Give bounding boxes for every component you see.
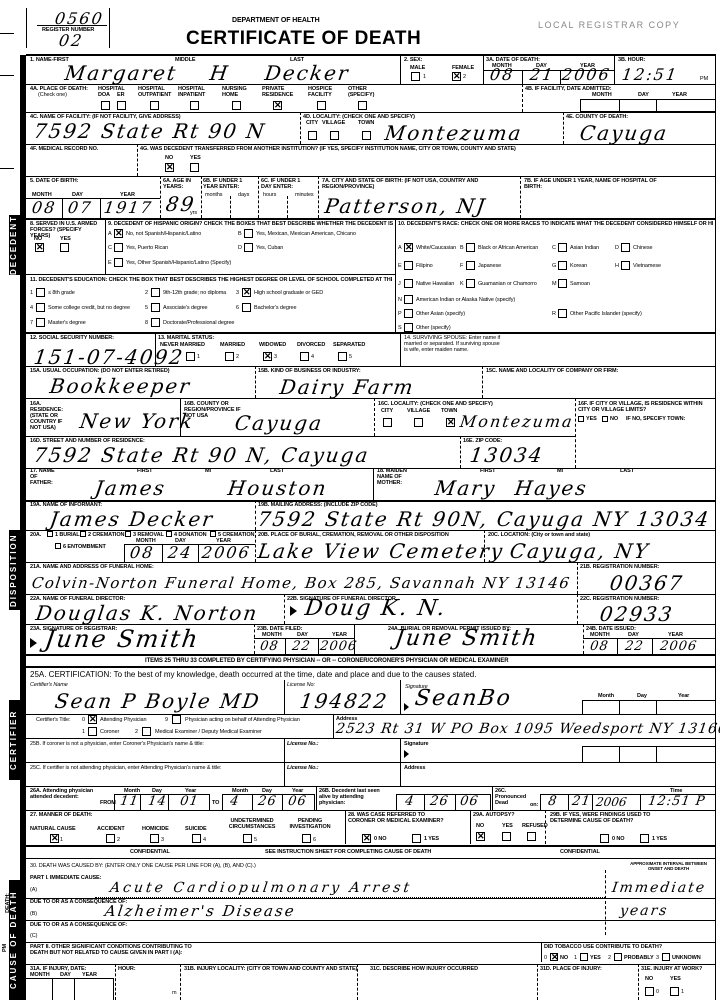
facility-name: 7592 State Rt 90 N — [32, 120, 267, 142]
hispanic-a-checkbox[interactable] — [114, 229, 123, 238]
sex-male-checkbox[interactable] — [411, 72, 420, 81]
death-hour: 12:51 — [621, 66, 680, 84]
injury-locality-label: 31B. INJURY LOCALITY: (City or town and … — [184, 966, 357, 972]
armed-forces-yes-checkbox[interactable] — [60, 243, 69, 252]
date-issued-month: 08 — [589, 640, 610, 654]
locality-village-checkbox[interactable] — [330, 131, 339, 140]
name-last: Decker — [263, 62, 351, 84]
department-label: DEPARTMENT OF HEALTH — [232, 18, 320, 24]
manner-pending-checkbox[interactable] — [302, 834, 311, 843]
disposition-place-label: 20B. PLACE OF BURIAL, CREMATION, REMOVAL… — [258, 532, 449, 538]
margin-mark — [0, 75, 14, 76]
certifier-name: Sean P Boyle MD — [53, 690, 262, 712]
side-label-disposition: DISPOSITION — [9, 530, 26, 610]
education-4-checkbox[interactable] — [36, 303, 45, 312]
locality-town-checkbox[interactable] — [362, 131, 371, 140]
occupation: Bookkeeper — [48, 375, 192, 397]
race-d-checkbox[interactable] — [621, 243, 630, 252]
residence-locality: Montezuma — [459, 413, 575, 431]
part1-label: PART I. IMMEDIATE CAUSE: — [30, 875, 101, 881]
sex-female-checkbox[interactable] — [452, 72, 461, 81]
place-private-residence-checkbox[interactable] — [273, 101, 282, 110]
locality-value: Montezuma — [383, 122, 524, 144]
marital-separated-checkbox[interactable] — [338, 352, 347, 361]
under-1-year-label: 6B. IF UNDER 1 YEAR ENTER: — [203, 178, 253, 190]
under-1-day-label: 6C. IF UNDER 1 DAY ENTER: — [261, 178, 311, 190]
transferred-label: 4G. WAS DECEDENT TRANSFERRED FROM ANOTHE… — [140, 146, 710, 152]
father-label: 17. NAME OF FATHER: — [30, 468, 58, 486]
autopsy-refused-checkbox[interactable] — [527, 832, 536, 841]
hispanic-b-checkbox[interactable] — [244, 229, 253, 238]
race-s-checkbox[interactable] — [404, 323, 413, 332]
tobacco-probably-checkbox[interactable] — [614, 953, 622, 961]
birth-day: 07 — [67, 199, 94, 217]
side-label-certifier: CERTIFIER — [9, 700, 26, 780]
name-first: Margaret — [63, 62, 178, 84]
limits-no-checkbox[interactable] — [602, 416, 608, 422]
mother-last: Hayes — [513, 477, 589, 499]
date-filed-month: 08 — [259, 640, 280, 654]
title-coroner-checkbox[interactable] — [88, 727, 97, 736]
pronounced-day: 21 — [571, 795, 592, 809]
margin-mark — [0, 168, 14, 169]
side-label-cause: CAUSE OF DEATH — [9, 880, 26, 1000]
injury-hour-label: HOUR: — [118, 966, 136, 972]
last-seen-day: 26 — [429, 795, 450, 809]
play-arrow-icon — [404, 703, 409, 711]
ssn-label: 12. SOCIAL SECURITY NUMBER: — [30, 335, 114, 341]
industry: Dairy Farm — [278, 376, 416, 398]
informant-name: James Decker — [48, 508, 215, 530]
date-issued-year: 2006 — [659, 640, 698, 654]
confidential-left: CONFIDENTIAL — [130, 849, 170, 855]
race-e-checkbox[interactable] — [404, 261, 413, 270]
coroner-physician-label: 25B. If coroner is not a physician, ente… — [30, 741, 204, 747]
marital-label: 13. MARITAL STATUS: — [158, 335, 214, 341]
attended-from-month: 11 — [119, 795, 140, 809]
part2-label: PART II. OTHER SIGNIFICANT CONDITIONS CO… — [30, 944, 210, 956]
cause-a: Acute Cardiopulmonary Arrest — [109, 879, 414, 897]
residence-locality-label: 16C. LOCALITY: (Check one and specify) — [378, 401, 493, 407]
death-month: 08 — [489, 66, 516, 84]
race-a-checkbox[interactable] — [404, 243, 413, 252]
manner-label: 27. MANNER OF DEATH: — [30, 812, 92, 818]
disposition-day: 24 — [167, 544, 194, 562]
marital-widowed-checkbox[interactable] — [263, 352, 272, 361]
education-1-checkbox[interactable] — [36, 288, 45, 297]
cause-b-interval: years — [619, 902, 670, 920]
attended-to-year: 06 — [287, 795, 308, 809]
funeral-director-signature: Doug K. N. — [303, 598, 447, 620]
registrar-signature: June Smith — [43, 628, 200, 650]
sex-male-label: MALE — [410, 65, 425, 71]
mother-label: 18. MAIDEN NAME OF MOTHER: — [377, 468, 417, 486]
last-seen-year: 06 — [459, 795, 480, 809]
place-hospice-checkbox[interactable] — [317, 101, 326, 110]
residence-village-checkbox[interactable] — [414, 418, 423, 427]
funeral-home-reg: 00367 — [608, 572, 685, 594]
marital-divorced-checkbox[interactable] — [300, 352, 309, 361]
tobacco-no-checkbox[interactable] — [550, 953, 558, 961]
race-f-checkbox[interactable] — [466, 261, 475, 270]
disposition-place: Lake View Cemetery — [256, 540, 505, 562]
certifier-title-label: Certifier's Title: — [36, 717, 70, 723]
certifier-signature: SeanBo — [413, 688, 513, 710]
birth-month: 08 — [31, 199, 58, 217]
title-attending-checkbox[interactable] — [88, 715, 97, 724]
referred-label: 28. WAS CASE REFERRED TO CORONER OR MEDI… — [348, 812, 453, 824]
race-h-checkbox[interactable] — [621, 261, 630, 270]
certificate-title: CERTIFICATE OF DEATH — [186, 28, 421, 50]
certification-date-field[interactable] — [582, 700, 716, 714]
last-seen-label: 26B. Decedent last seen alive by attendi… — [319, 788, 391, 806]
file-number-box: 0560 REGISTER NUMBER 02 — [26, 8, 110, 48]
date-admitted-field[interactable] — [580, 99, 716, 112]
hospital-of-birth-label: 7B. IF AGE UNDER 1 YEAR, NAME OF HOSPITA… — [524, 178, 674, 190]
last-seen-month: 4 — [404, 795, 415, 809]
due-to-c-label: DUE TO OR AS A CONSEQUENCE OF: — [30, 922, 127, 928]
education-label: 11. DECEDENT'S EDUCATION: Check the box … — [30, 277, 392, 283]
margin-mark — [0, 33, 14, 34]
cause-label: 30. DEATH WAS CAUSED BY: (ENTER ONLY ONE… — [30, 863, 256, 869]
margin-death: DEATH: — [5, 893, 11, 913]
surviving-spouse-label: 14. SURVIVING SPOUSE: Enter name if marr… — [404, 335, 504, 353]
autopsy-yes-checkbox[interactable] — [502, 832, 511, 841]
interval-label: APPROXIMATE INTERVAL BETWEEN ONSET AND D… — [626, 861, 711, 871]
name-label: 1. NAME-FIRST — [30, 57, 69, 63]
sex-label: 2. SEX: — [404, 57, 422, 63]
disposition-year: 2006 — [201, 544, 252, 562]
death-year: 2006 — [561, 66, 612, 84]
tobacco-yes-checkbox[interactable] — [580, 953, 588, 961]
license-label: License No: — [287, 682, 315, 688]
place-nursing-home-checkbox[interactable] — [232, 101, 241, 110]
residence-city-checkbox[interactable] — [383, 418, 392, 427]
pronounced-month: 8 — [547, 795, 558, 809]
funeral-home: Colvin-Norton Funeral Home, Box 285, Sav… — [31, 576, 571, 590]
autopsy-label: 29A. AUTOPSY? — [473, 812, 515, 818]
race-n-checkbox[interactable] — [404, 295, 413, 304]
manner-accident-checkbox[interactable] — [106, 834, 115, 843]
injury-date-field[interactable] — [26, 978, 114, 1000]
education-2-checkbox[interactable] — [151, 288, 160, 297]
zip: 13034 — [468, 444, 545, 466]
birth-label: 5. DATE OF BIRTH: — [30, 178, 78, 184]
register-number: 02 — [58, 32, 85, 50]
education-5-checkbox[interactable] — [151, 303, 160, 312]
county-of-death-label: 4E. COUNTY OF DEATH: — [566, 114, 628, 120]
funeral-home-label: 21A. NAME AND ADDRESS OF FUNERAL HOME: — [30, 564, 154, 570]
attended-from-day: 14 — [147, 795, 168, 809]
place-other-checkbox[interactable] — [358, 101, 367, 110]
play-arrow-icon — [290, 606, 297, 616]
play-arrow-icon — [404, 750, 409, 758]
locality-city-checkbox[interactable] — [308, 131, 317, 140]
father-last: Houston — [226, 477, 329, 499]
birthplace-label: 7A. CITY AND STATE OF BIRTH: (If not USA… — [322, 178, 482, 190]
limits-yes-checkbox[interactable] — [578, 416, 584, 422]
race-p-checkbox[interactable] — [404, 309, 413, 318]
injury-at-work-yes-checkbox[interactable] — [670, 987, 679, 996]
pronounced-year: 2006 — [595, 795, 628, 809]
attended-from-year: 01 — [179, 795, 200, 809]
disposition-location-label: 20C. LOCATION: (City or town and state) — [488, 532, 590, 538]
cause-a-interval: Immediate — [611, 879, 708, 897]
hour-label: 3B. HOUR: — [618, 57, 645, 63]
residence-limits-label: 16F. IF CITY OR VILLAGE, IS RESIDENCE WI… — [578, 401, 708, 413]
injury-at-work-no-checkbox[interactable] — [645, 987, 654, 996]
disposition-location: Cayuga, NY — [508, 540, 651, 562]
tobacco-label: DID TOBACCO USE CONTRIBUTE TO DEATH? — [544, 944, 662, 950]
side-label-decedent: DECEDENT — [9, 215, 26, 275]
certifier-address: 2523 Rt 31 W PO Box 1095 Weedsport NY 13… — [335, 722, 720, 736]
manner-suicide-checkbox[interactable] — [192, 834, 201, 843]
title-acting-checkbox[interactable] — [172, 715, 181, 724]
cause-instructions: SEE INSTRUCTION SHEET FOR COMPLETING CAU… — [265, 849, 431, 855]
race-g-checkbox[interactable] — [558, 261, 567, 270]
industry-label: 15B. KIND OF BUSINESS OR INDUSTRY: — [258, 368, 361, 374]
manner-undetermined-checkbox[interactable] — [243, 834, 252, 843]
race-r-checkbox[interactable] — [558, 309, 567, 318]
place-hospital-doa-checkbox[interactable] — [101, 101, 110, 110]
transferred-no-checkbox[interactable] — [165, 163, 174, 172]
name-middle: H — [208, 62, 231, 84]
manner-homicide-checkbox[interactable] — [150, 834, 159, 843]
attended-label: 26A. Attending physician attended decede… — [30, 788, 100, 800]
education-8-checkbox[interactable] — [151, 318, 160, 327]
place-outpatient-checkbox[interactable] — [150, 101, 159, 110]
funeral-home-reg-label: 21B. REGISTRATION NUMBER: — [580, 564, 659, 570]
medical-record-label: 4F. MEDICAL RECORD NO. — [30, 146, 98, 152]
attended-to-day: 26 — [257, 795, 278, 809]
residence-street: 7592 State Rt 90 N, Cayuga — [32, 444, 371, 466]
race-k-checkbox[interactable] — [466, 279, 475, 288]
place-inpatient-checkbox[interactable] — [190, 101, 199, 110]
attended-to-month: 4 — [229, 795, 240, 809]
residence-town-checkbox[interactable] — [446, 418, 455, 427]
residence-state: New York — [78, 410, 195, 432]
date-filed-year: 2006 — [319, 640, 358, 654]
residence-state-label: 16A. RESIDENCE: (State or Country if not… — [30, 401, 70, 431]
company-label: 15C. NAME AND LOCALITY OF COMPANY OR FIR… — [486, 368, 618, 374]
certifier-license: 194822 — [298, 690, 389, 712]
injury-place-label: 31D. PLACE OF INJURY: — [540, 966, 602, 972]
education-3-checkbox[interactable] — [242, 288, 251, 297]
attending-physician-label: 25C. If certifier is not attending physi… — [30, 765, 221, 771]
injury-describe-label: 31C. DESCRIBE HOW INJURY OCCURRED — [370, 966, 478, 972]
copy-label: LOCAL REGISTRAR COPY — [538, 20, 680, 30]
informant-address: 7592 State Rt 90N, Cayuga NY 13034 — [256, 508, 711, 530]
hispanic-c-checkbox[interactable] — [114, 243, 123, 252]
confidential-right: CONFIDENTIAL — [560, 849, 600, 855]
residence-county: Cayuga — [233, 412, 324, 434]
armed-forces-no-checkbox[interactable] — [35, 243, 44, 252]
autopsy-no-checkbox[interactable] — [476, 832, 485, 841]
education-6-checkbox[interactable] — [242, 303, 251, 312]
hispanic-label: 9. DECEDENT OF HISPANIC ORIGIN? Check th… — [108, 221, 393, 227]
county-of-death: Cayuga — [578, 122, 669, 144]
play-arrow-icon — [30, 638, 37, 648]
disposition-month: 08 — [129, 544, 156, 562]
race-j-checkbox[interactable] — [404, 279, 413, 288]
pronounced-label: 26C. Pronounced Dead — [495, 788, 535, 806]
mother-first: Mary — [433, 477, 497, 499]
injury-at-work-label: 31E. INJURY AT WORK? — [641, 966, 702, 972]
death-day: 21 — [529, 66, 556, 84]
transferred-yes-checkbox[interactable] — [190, 163, 199, 172]
certifier-banner: ITEMS 25 THRU 33 COMPLETED BY CERTIFYING… — [145, 658, 509, 664]
father-first: James — [93, 477, 167, 499]
age-label: 6A. AGE IN YEARS: — [163, 178, 193, 190]
hispanic-e-checkbox[interactable] — [114, 258, 123, 267]
ssn: 151-07-4092 — [32, 346, 185, 368]
hispanic-d-checkbox[interactable] — [244, 243, 253, 252]
race-label: 10. DECEDENT'S RACE: Check one or more r… — [398, 221, 713, 227]
findings-label: 29B. IF YES, WERE FINDINGS USED TO DETER… — [550, 812, 680, 824]
birthplace: Patterson, NJ — [323, 195, 487, 217]
race-c-checkbox[interactable] — [558, 243, 567, 252]
birth-year: 1917 — [103, 199, 154, 217]
marital-never-checkbox[interactable] — [186, 352, 195, 361]
cause-b: Alzheimer's Disease — [104, 902, 297, 920]
certifier-name-label: Certifier's Name — [30, 682, 68, 688]
manner-natural-checkbox[interactable] — [50, 834, 59, 843]
funeral-director-reg: 02933 — [598, 603, 675, 625]
place-er-checkbox[interactable] — [117, 101, 126, 110]
race-b-checkbox[interactable] — [466, 243, 475, 252]
tobacco-unknown-checkbox[interactable] — [662, 953, 670, 961]
funeral-director: Douglas K. Norton — [34, 602, 260, 624]
margin-pm: PM — [2, 944, 8, 952]
pronounced-time: 12:51 P — [647, 795, 706, 809]
date-issued-day: 22 — [624, 640, 645, 654]
date-filed-day: 22 — [291, 640, 312, 654]
burial-permit-signature: June Smith — [393, 628, 539, 650]
title-examiner-checkbox[interactable] — [142, 727, 151, 736]
education-7-checkbox[interactable] — [36, 318, 45, 327]
certification-label: 25A. CERTIFICATION: To the best of my kn… — [30, 670, 476, 679]
marital-married-checkbox[interactable] — [225, 352, 234, 361]
race-m-checkbox[interactable] — [558, 279, 567, 288]
coroner-date-field[interactable] — [582, 746, 716, 762]
